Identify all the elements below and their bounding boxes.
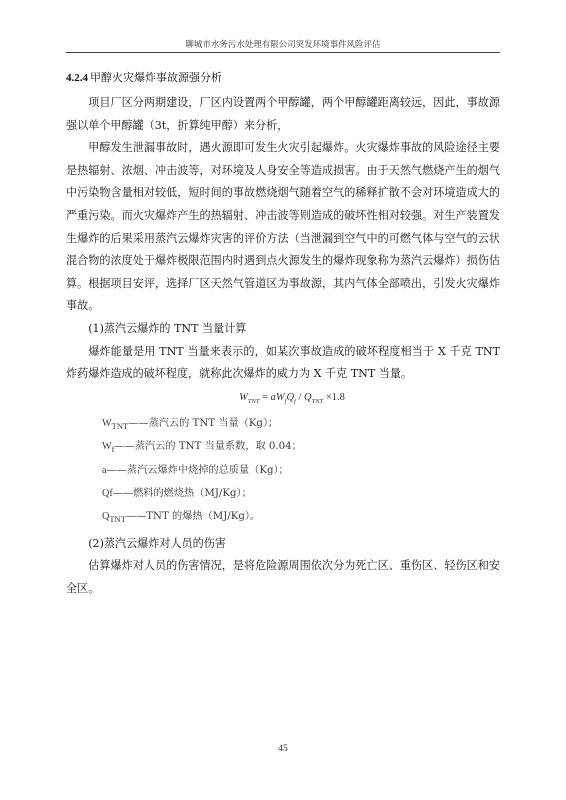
- legend-item-wtnt: WTNT——蒸汽云的 TNT 当量（Kg）；: [102, 412, 500, 435]
- paragraph-tnt-definition: 爆炸能量是用 TNT 当量来表示的，如某次事故造成的破坏程度相当于 X 千克 T…: [66, 341, 500, 386]
- paragraph-source-intro: 项目厂区分两期建设，厂区内设置两个甲醇罐，两个甲醇罐距离较远，因此，事故源强以单…: [66, 92, 500, 137]
- formula-legend: WTNT——蒸汽云的 TNT 当量（Kg）； Wf——蒸汽云的 TNT 当量系数…: [102, 412, 500, 529]
- section-number: 4.2.4: [66, 72, 88, 84]
- tnt-formula: WTNT = aWfQf / QTNT ×1.8: [84, 386, 500, 410]
- subheading-tnt-equivalent: (1)蒸汽云爆炸的 TNT 当量计算: [66, 318, 500, 341]
- subheading-personnel-injury: (2)蒸汽云爆炸对人员的伤害: [66, 533, 500, 556]
- section-title: 甲醇火灾爆炸事故源强分析: [90, 71, 222, 84]
- page-content: 4.2.4甲醇火灾爆炸事故源强分析 项目厂区分两期建设，厂区内设置两个甲醇罐，两…: [66, 70, 500, 600]
- legend-item-qtnt: QTNT——TNT 的爆热（MJ/Kg）。: [102, 505, 500, 528]
- paragraph-fire-explosion-analysis: 甲醇发生泄漏事故时，遇火源即可发生火灾引起爆炸。火灾爆炸事故的风险途径主要是热辐…: [66, 137, 500, 318]
- page-header-title: 聊城市水务污水处理有限公司突发环境事件风险评估: [66, 38, 500, 50]
- paragraph-injury-zones: 估算爆炸对人员的伤害情况，是将危险源周围依次分为死亡区、重伤区、轻伤区和安全区。: [66, 555, 500, 600]
- legend-item-qf: Qf——燃料的燃烧热（MJ/Kg）；: [102, 482, 500, 505]
- section-heading: 4.2.4甲醇火灾爆炸事故源强分析: [66, 70, 500, 86]
- legend-item-wf: Wf——蒸汽云的 TNT 当量系数，取 0.04；: [102, 435, 500, 458]
- legend-item-a: a——蒸汽云爆炸中烧掉的总质量（Kg）；: [102, 459, 500, 482]
- page-number: 45: [0, 744, 566, 754]
- header-divider: [66, 52, 500, 53]
